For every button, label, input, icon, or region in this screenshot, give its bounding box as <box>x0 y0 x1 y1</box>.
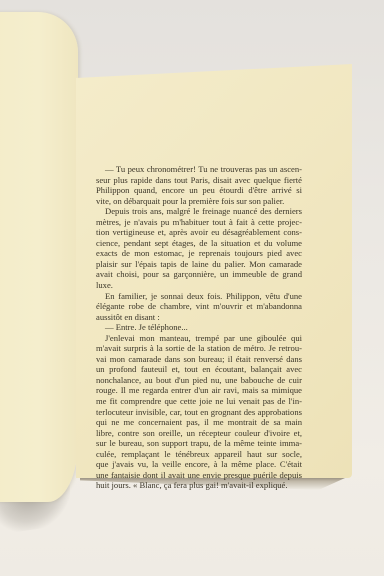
text-line: plaisir sur l'épais tapis de laine du pa… <box>96 259 302 270</box>
text-line: J'enlevai mon manteau, trempé par une gi… <box>96 333 302 344</box>
text-line: seur plus rapide dans tout Paris, disait… <box>96 175 302 186</box>
text-line: me fit comprendre que cette joie ne lui … <box>96 396 302 407</box>
text-line: Philippon quand, encore un peu étourdi d… <box>96 185 302 196</box>
text-line: rouge. Il me regarda entrer d'un air rav… <box>96 385 302 396</box>
text-line: En familier, je sonnai deux fois. Philip… <box>96 291 302 302</box>
text-line: — Entre. Je téléphone... <box>96 322 302 333</box>
photo-scene: — Tu peux chronométrer! Tu ne trouveras … <box>0 0 384 576</box>
text-line: élégante robe de chambre, vint m'ouvrir … <box>96 301 302 312</box>
page-text: — Tu peux chronométrer! Tu ne trouveras … <box>96 164 302 491</box>
text-line: mètres, je n'avais pu m'habituer tout à … <box>96 217 302 228</box>
text-line: sur le bureau, son support trapu, de la … <box>96 438 302 449</box>
text-line: nonchalance, au bout d'un pied nu, une b… <box>96 375 302 386</box>
text-line: une fantaisie dont il avait une envie pr… <box>96 470 302 481</box>
text-line: exacts de mon estomac, je reprenais touj… <box>96 248 302 259</box>
text-line: qui ne me concernaient pas, il me montra… <box>96 417 302 428</box>
text-line: luxe. <box>96 280 302 291</box>
text-line: un profond fauteuil et, tout en écoutant… <box>96 364 302 375</box>
text-line: vite, on débarquait pour la première foi… <box>96 196 302 207</box>
text-line: terlocuteur invisible, car, tout en grog… <box>96 407 302 418</box>
text-line: cience, pendant sept étages, de la situa… <box>96 238 302 249</box>
text-line: aussitôt en disant : <box>96 312 302 323</box>
text-line: avait choisi, pour sa garçonnière, un im… <box>96 269 302 280</box>
text-line: Depuis trois ans, malgré le freinage nua… <box>96 206 302 217</box>
text-line: vai mon camarade dans son bureau; il éta… <box>96 354 302 365</box>
left-page-edge <box>0 12 78 502</box>
text-line: m'avait surpris à la sortie de la statio… <box>96 343 302 354</box>
text-line: culée, remplaçant le ténébreux appareil … <box>96 449 302 460</box>
text-line: libre, contre son oreille, un récepteur … <box>96 428 302 439</box>
text-line: — Tu peux chronométrer! Tu ne trouveras … <box>96 164 302 175</box>
text-line: que j'avais vu, la veille encore, à la m… <box>96 459 302 470</box>
text-line: huit jours. « Blanc, ça fera plus gai! m… <box>96 480 302 491</box>
text-line: tion vertigineuse et, après avoir eu dés… <box>96 227 302 238</box>
